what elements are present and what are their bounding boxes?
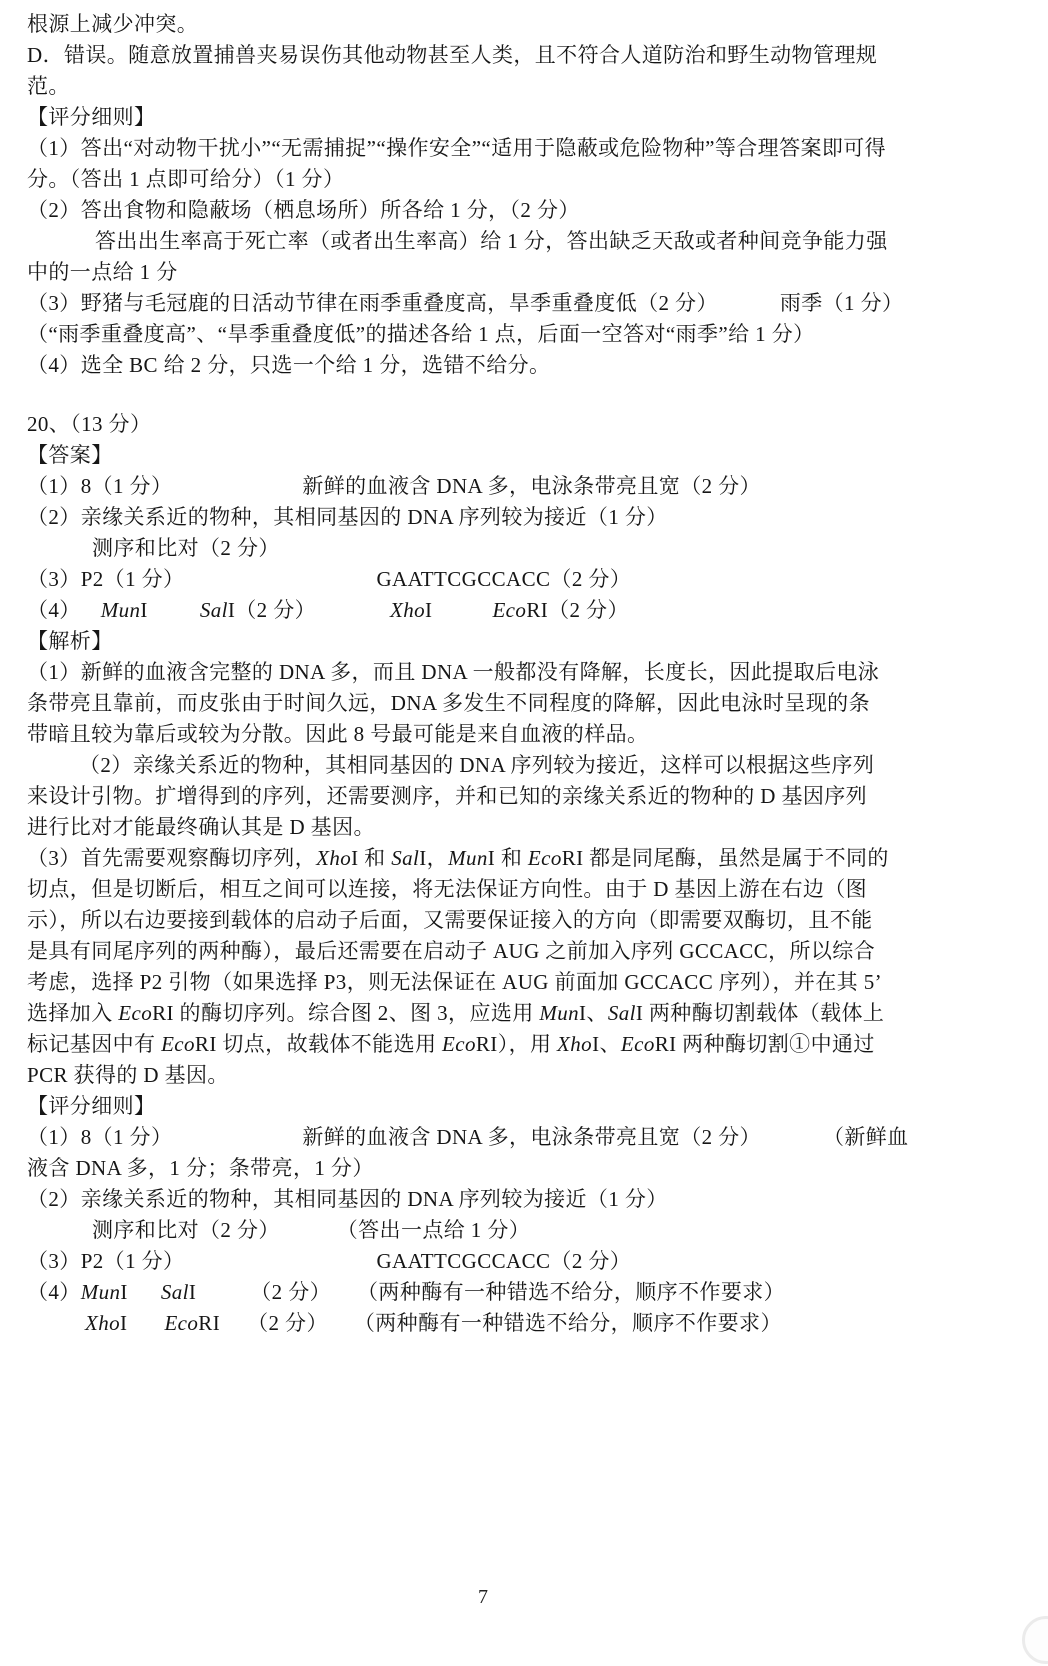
enzyme-name-italic: Mun [539, 1001, 579, 1025]
text-segment: 雨季（1 分） [780, 291, 904, 315]
spacer [331, 1298, 357, 1299]
rubric19-item1: （1）答出“对动物干扰小”“无需捕捉”“操作安全”“适用于隐蔽或危险物种”等合理… [27, 133, 987, 164]
line-option-d-cont: 范。 [27, 71, 987, 102]
spacer [432, 616, 492, 617]
enzyme-name-italic: Eco [528, 846, 562, 870]
text-segment: 考虑，选择 P2 引物（如果选择 P3，则无法保证在 AUG 前面加 GCCAC… [27, 970, 882, 994]
text-segment: 标记基因中有 [27, 1032, 161, 1056]
text-segment: I 和 [351, 846, 391, 870]
text-segment: 条带亮且靠前，而皮张由于时间久远，DNA 多发生不同程度的降解，因此电泳时呈现的… [27, 691, 870, 715]
text-segment: 进行比对才能最终确认其是 D 基因。 [27, 815, 375, 839]
enzyme-name-italic: Eco [164, 1311, 198, 1335]
line-conflict-reduction: 根源上减少冲突。 [27, 9, 987, 40]
text-segment: 中的一点给 1 分 [27, 260, 178, 284]
rubric20-item1a: （1）8（1 分）新鲜的血液含 DNA 多，电泳条带亮且宽（2 分）（新鲜血 [27, 1122, 987, 1153]
text-segment: （1）8（1 分） [27, 1125, 172, 1149]
analysis-1c: 带暗且较为靠后或较为分散。因此 8 号最可能是来自血液的样品。 [27, 719, 987, 750]
text-segment: （新鲜血 [823, 1125, 909, 1149]
text-segment: （2）亲缘关系近的物种，其相同基因的 DNA 序列较为接近（1 分） [27, 1187, 668, 1211]
spacer [184, 1267, 376, 1268]
text-segment: （答出一点给 1 分） [337, 1218, 530, 1242]
text-segment: （2）亲缘关系近的物种，其相同基因的 DNA 序列较为接近，这样可以根据这些序列 [79, 753, 874, 777]
text-segment: （2 分） [250, 1280, 331, 1304]
answer-item2b: 测序和比对（2 分） [27, 533, 987, 564]
analysis-3a: （3）首先需要观察酶切序列，XhoI 和 SalI，MunI 和 EcoRI 都… [27, 843, 987, 874]
enzyme-name-italic: Mun [448, 846, 488, 870]
text-segment: 新鲜的血液含 DNA 多，电泳条带亮且宽（2 分） [302, 474, 761, 498]
text-segment: 选择加入 [27, 1001, 118, 1025]
spacer [761, 1143, 823, 1144]
spacer [128, 1298, 161, 1299]
text-segment: D．错误。随意放置捕兽夹易误伤其他动物甚至人类，且不符合人道防治和野生动物管理规 [27, 43, 877, 67]
document-page: 根源上减少冲突。D．错误。随意放置捕兽夹易误伤其他动物甚至人类，且不符合人道防治… [0, 0, 1048, 1666]
text-segment: GAATTCGCCACC（2 分） [376, 1249, 631, 1273]
text-segment: （1）新鲜的血液含完整的 DNA 多，而且 DNA 一般都没有降解，长度长，因此… [27, 660, 879, 684]
analysis-3b: 切点，但是切断后，相互之间可以连接，将无法保证方向性。由于 D 基因上游在右边（… [27, 874, 987, 905]
heading-scoring-rubric-20: 【评分细则】 [27, 1091, 987, 1122]
rubric19-item2: （2）答出食物和隐蔽场（栖息场所）所各给 1 分，（2 分） [27, 195, 987, 226]
rubric19-item3: （3）野猪与毛冠鹿的日活动节律在雨季重叠度高，旱季重叠度低（2 分）雨季（1 分… [27, 288, 987, 319]
text-segment: RI [198, 1311, 220, 1335]
spacer [127, 1329, 164, 1330]
answer-item1: （1）8（1 分）新鲜的血液含 DNA 多，电泳条带亮且宽（2 分） [27, 471, 987, 502]
analysis-3c: 示），所以右边要接到载体的启动子后面，又需要保证接入的方向（即需要双酶切，且不能 [27, 905, 987, 936]
spacer [148, 616, 200, 617]
analysis-1b: 条带亮且靠前，而皮张由于时间久远，DNA 多发生不同程度的降解，因此电泳时呈现的… [27, 688, 987, 719]
rubric20-item4a: （4）MunISalI（2 分）（两种酶有一种错选不给分，顺序不作要求） [27, 1277, 987, 1308]
heading-scoring-rubric-19: 【评分细则】 [27, 102, 987, 133]
rubric19-item4: （4）选全 BC 给 2 分，只选一个给 1 分，选错不给分。 [27, 350, 987, 381]
text-segment: 测序和比对（2 分） [92, 536, 280, 560]
enzyme-name-italic: Eco [492, 598, 526, 622]
rubric20-item2a: （2）亲缘关系近的物种，其相同基因的 DNA 序列较为接近（1 分） [27, 1184, 987, 1215]
text-segment: 测序和比对（2 分） [92, 1218, 280, 1242]
enzyme-name-italic: Sal [200, 598, 228, 622]
heading-analysis: 【解析】 [27, 626, 987, 657]
text-segment: I [189, 1280, 196, 1304]
rubric20-item1b: 液含 DNA 多，1 分；条带亮，1 分） [27, 1153, 987, 1184]
rubric19-item2c: 中的一点给 1 分 [27, 257, 987, 288]
text-segment: I [140, 598, 147, 622]
text-segment: 液含 DNA 多，1 分；条带亮，1 分） [27, 1156, 374, 1180]
text-segment: 【评分细则】 [27, 105, 155, 129]
page-number: 7 [478, 1586, 488, 1609]
question-20-header: 20、（13 分） [27, 409, 987, 440]
analysis-3f: 选择加入 EcoRI 的酶切序列。综合图 2、图 3，应选用 MunI、SalI… [27, 998, 987, 1029]
enzyme-name-italic: Eco [161, 1032, 195, 1056]
enzyme-name-italic: Xho [557, 1032, 592, 1056]
text-segment: I 和 [488, 846, 528, 870]
text-segment: （1）答出“对动物干扰小”“无需捕捉”“操作安全”“适用于隐蔽或危险物种”等合理… [27, 136, 886, 160]
enzyme-name-italic: Xho [390, 598, 425, 622]
text-segment: 示），所以右边要接到载体的启动子后面，又需要保证接入的方向（即需要双酶切，且不能 [27, 908, 873, 932]
text-segment: GAATTCGCCACC（2 分） [376, 567, 631, 591]
text-segment: （1）8（1 分） [27, 474, 172, 498]
spacer [196, 1298, 250, 1299]
text-segment: 【答案】 [27, 443, 113, 467]
enzyme-name-italic: Sal [161, 1280, 189, 1304]
text-segment: I， [419, 846, 448, 870]
text-segment: （2 分） [247, 1311, 328, 1335]
text-segment: RI 切点，故载体不能选用 [195, 1032, 442, 1056]
text-segment: PCR 获得的 D 基因。 [27, 1063, 229, 1087]
rubric19-item1-cont: 分。（答出 1 点即可给分）（1 分） [27, 164, 987, 195]
enzyme-name-italic: Eco [442, 1032, 476, 1056]
text-segment: RI），用 [476, 1032, 557, 1056]
text-segment: I 两种酶切割载体（载体上 [636, 1001, 884, 1025]
text-segment: （3）P2（1 分） [27, 1249, 184, 1273]
text-segment: 范。 [27, 74, 70, 98]
text-segment: （两种酶有一种错选不给分，顺序不作要求） [354, 1311, 782, 1335]
text-segment: RI（2 分） [526, 598, 629, 622]
spacer [718, 309, 780, 310]
text-segment: 新鲜的血液含 DNA 多，电泳条带亮且宽（2 分） [302, 1125, 761, 1149]
analysis-3h: PCR 获得的 D 基因。 [27, 1060, 987, 1091]
analysis-3d: 是具有同尾序列的两种酶），最后还需要在启动子 AUG 之前加入序列 GCCACC… [27, 936, 987, 967]
analysis-2b: 来设计引物。扩增得到的序列，还需要测序，并和已知的亲缘关系近的物种的 D 基因序… [27, 781, 987, 812]
analysis-3e: 考虑，选择 P2 引物（如果选择 P3，则无法保证在 AUG 前面加 GCCAC… [27, 967, 987, 998]
rubric20-item2b: 测序和比对（2 分）（答出一点给 1 分） [27, 1215, 987, 1246]
text-segment: 切点，但是切断后，相互之间可以连接，将无法保证方向性。由于 D 基因上游在右边（… [27, 877, 867, 901]
enzyme-name-italic: Sal [608, 1001, 636, 1025]
text-segment: （2）亲缘关系近的物种，其相同基因的 DNA 序列较为接近（1 分） [27, 505, 668, 529]
enzyme-name-italic: Mun [101, 598, 141, 622]
text-segment: I（2 分） [228, 598, 316, 622]
text-segment: RI 都是同尾酶，虽然是属于不同的 [562, 846, 889, 870]
answer-item2: （2）亲缘关系近的物种，其相同基因的 DNA 序列较为接近（1 分） [27, 502, 987, 533]
text-segment: 20、（13 分） [27, 412, 151, 436]
text-segment: 来设计引物。扩增得到的序列，还需要测序，并和已知的亲缘关系近的物种的 D 基因序… [27, 784, 867, 808]
text-segment: 根源上减少冲突。 [27, 12, 198, 36]
heading-answer: 【答案】 [27, 440, 987, 471]
text-segment: （4） [27, 1280, 81, 1304]
text-segment: （3）首先需要观察酶切序列， [27, 846, 316, 870]
enzyme-name-italic: Mun [81, 1280, 121, 1304]
spacer [81, 616, 101, 617]
text-segment: 带暗且较为靠后或较为分散。因此 8 号最可能是来自血液的样品。 [27, 722, 648, 746]
enzyme-name-italic: Eco [118, 1001, 152, 1025]
spacer [184, 585, 376, 586]
text-segment: 分。（答出 1 点即可给分）（1 分） [27, 167, 344, 191]
rubric20-item4b: XhoIEcoRI（2 分）（两种酶有一种错选不给分，顺序不作要求） [27, 1308, 987, 1339]
enzyme-name-italic: Sal [391, 846, 419, 870]
text-segment: （4） [27, 598, 81, 622]
rubric20-item3: （3）P2（1 分）GAATTCGCCACC（2 分） [27, 1246, 987, 1277]
answer-item3: （3）P2（1 分）GAATTCGCCACC（2 分） [27, 564, 987, 595]
text-segment: 【评分细则】 [27, 1094, 155, 1118]
document-body: 根源上减少冲突。D．错误。随意放置捕兽夹易误伤其他动物甚至人类，且不符合人道防治… [27, 9, 987, 1339]
text-segment: I [120, 1280, 127, 1304]
enzyme-name-italic: Eco [621, 1032, 655, 1056]
text-segment: （3）野猪与毛冠鹿的日活动节律在雨季重叠度高，旱季重叠度低（2 分） [27, 291, 718, 315]
enzyme-name-italic: Xho [85, 1311, 120, 1335]
text-segment: I、 [579, 1001, 608, 1025]
text-segment: （“雨季重叠度高”、“旱季重叠度低”的描述各给 1 点，后面一空答对“雨季”给 … [27, 322, 815, 346]
spacer [280, 1236, 337, 1237]
text-segment: （3）P2（1 分） [27, 567, 184, 591]
spacer [172, 492, 302, 493]
text-segment: I [120, 1311, 127, 1335]
text-segment: I [425, 598, 432, 622]
corner-watermark-circle [1022, 1616, 1048, 1664]
analysis-2c: 进行比对才能最终确认其是 D 基因。 [27, 812, 987, 843]
text-segment: RI 的酶切序列。综合图 2、图 3，应选用 [152, 1001, 539, 1025]
text-segment: RI 两种酶切割①中通过 [655, 1032, 875, 1056]
answer-item4: （4）MunISalI（2 分）XhoIEcoRI（2 分） [27, 595, 987, 626]
text-segment: （两种酶有一种错选不给分，顺序不作要求） [357, 1280, 785, 1304]
spacer [220, 1329, 247, 1330]
spacer [328, 1329, 354, 1330]
analysis-2a: （2）亲缘关系近的物种，其相同基因的 DNA 序列较为接近，这样可以根据这些序列 [27, 750, 987, 781]
text-segment: 是具有同尾序列的两种酶），最后还需要在启动子 AUG 之前加入序列 GCCACC… [27, 939, 875, 963]
text-segment: （2）答出食物和隐蔽场（栖息场所）所各给 1 分，（2 分） [27, 198, 580, 222]
text-segment: I、 [592, 1032, 621, 1056]
spacer [172, 1143, 302, 1144]
text-segment: 答出出生率高于死亡率（或者出生率高）给 1 分，答出缺乏天敌或者种间竞争能力强 [95, 229, 888, 253]
enzyme-name-italic: Xho [316, 846, 351, 870]
analysis-3g: 标记基因中有 EcoRI 切点，故载体不能选用 EcoRI），用 XhoI、Ec… [27, 1029, 987, 1060]
text-segment: （4）选全 BC 给 2 分，只选一个给 1 分，选错不给分。 [27, 353, 550, 377]
text-segment: 【解析】 [27, 629, 113, 653]
spacer [316, 616, 390, 617]
rubric19-item3b: （“雨季重叠度高”、“旱季重叠度低”的描述各给 1 点，后面一空答对“雨季”给 … [27, 319, 987, 350]
line-option-d: D．错误。随意放置捕兽夹易误伤其他动物甚至人类，且不符合人道防治和野生动物管理规 [27, 40, 987, 71]
rubric19-item2b: 答出出生率高于死亡率（或者出生率高）给 1 分，答出缺乏天敌或者种间竞争能力强 [27, 226, 987, 257]
analysis-1a: （1）新鲜的血液含完整的 DNA 多，而且 DNA 一般都没有降解，长度长，因此… [27, 657, 987, 688]
